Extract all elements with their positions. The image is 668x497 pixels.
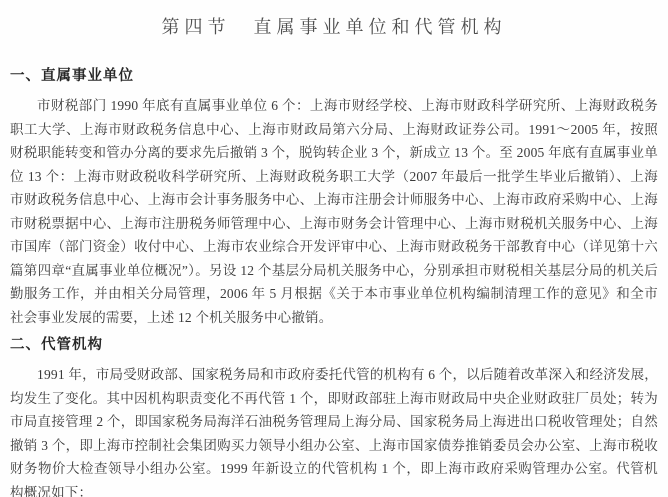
section-1-heading: 一、直属事业单位	[10, 67, 658, 86]
section-2-paragraph: 1991 年，市局受财政部、国家税务局和市政府委托代管的机构有 6 个，以后随着…	[10, 363, 658, 497]
page-title: 第四节 直属事业单位和代管机构	[10, 14, 658, 40]
section-managed-agencies: 二、代管机构 1991 年，市局受财政部、国家税务局和市政府委托代管的机构有 6…	[10, 336, 658, 497]
section-2-heading: 二、代管机构	[10, 336, 658, 355]
section-1-paragraph: 市财税部门 1990 年底有直属事业单位 6 个：上海市财经学校、上海市财政科学…	[10, 94, 658, 329]
section-direct-institutions: 一、直属事业单位 市财税部门 1990 年底有直属事业单位 6 个：上海市财经学…	[10, 67, 658, 329]
document-page: 第四节 直属事业单位和代管机构 一、直属事业单位 市财税部门 1990 年底有直…	[0, 0, 668, 497]
